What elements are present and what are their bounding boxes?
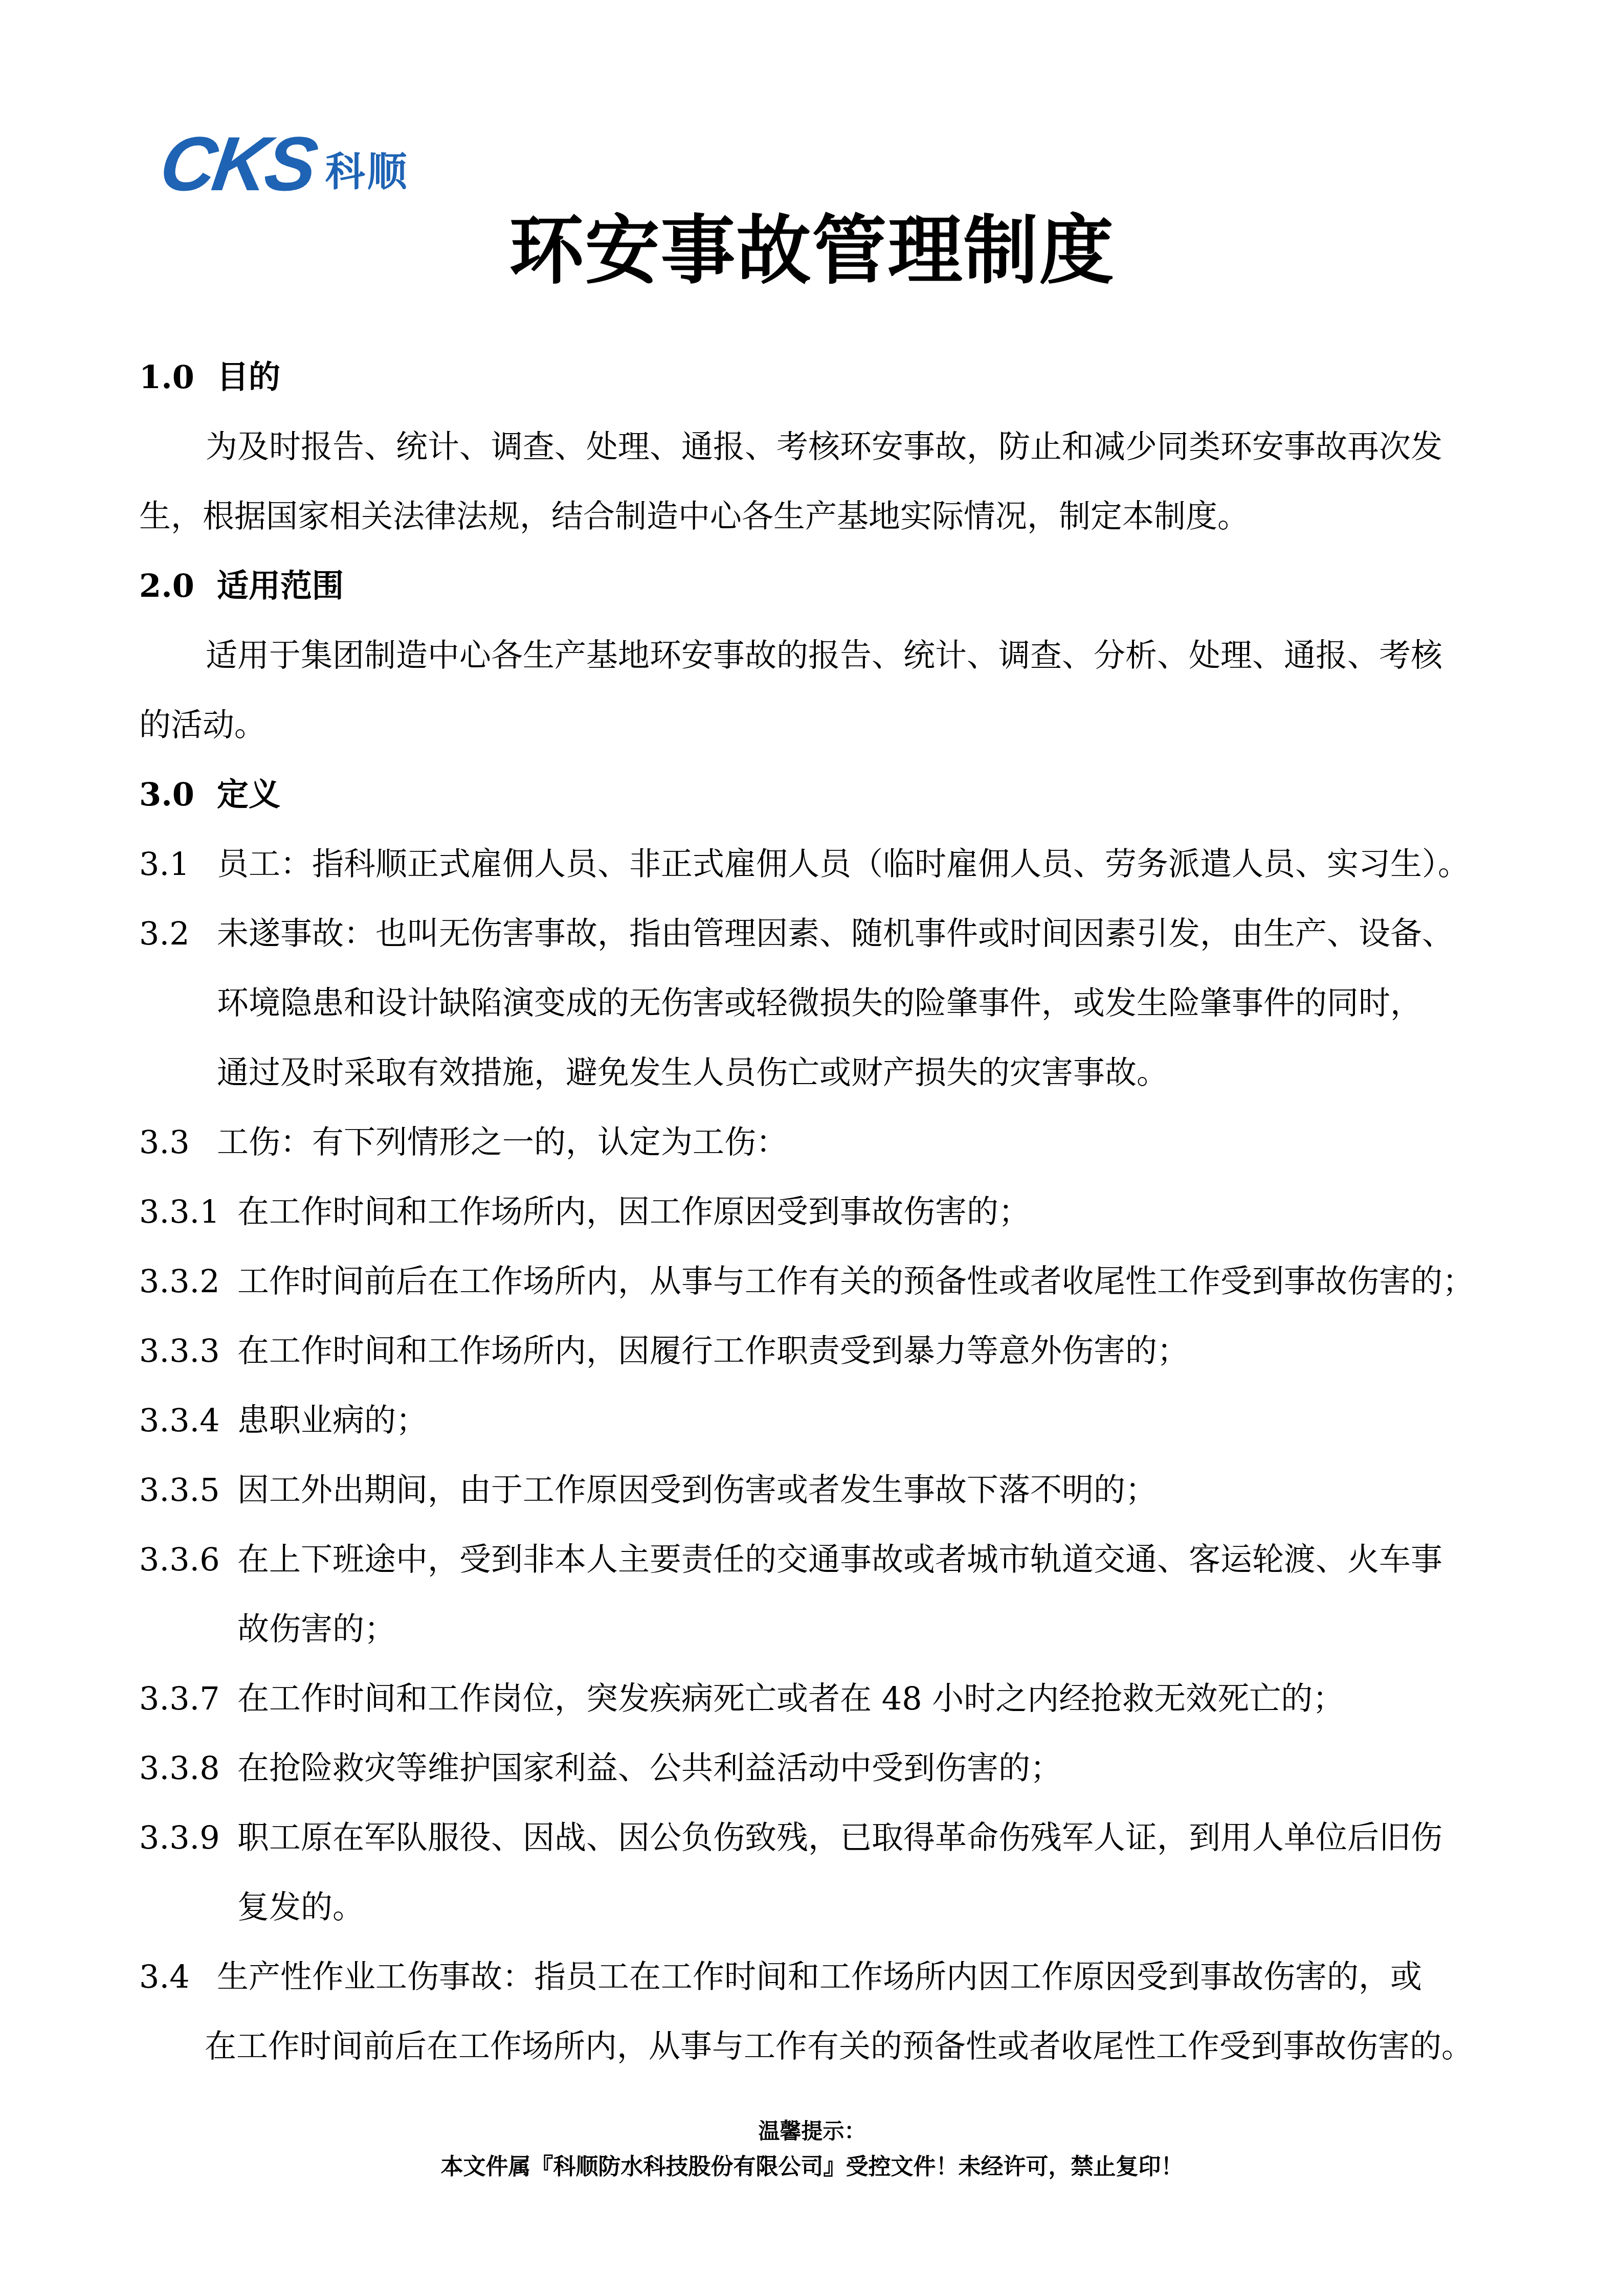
logo-chinese-name: 科顺 bbox=[325, 148, 409, 197]
work-injury-item: 3.3.4患职业病的； bbox=[139, 1386, 1500, 1455]
item-number: 3.3.6 bbox=[139, 1525, 237, 1594]
definition-item-work-injury: 3.3工伤：有下列情形之一的，认定为工伤： bbox=[139, 1108, 1500, 1177]
work-injury-item: 3.3.7在工作时间和工作岗位，突发疾病死亡或者在 48 小时之内经抢救无效死亡… bbox=[139, 1664, 1500, 1734]
item-number: 3.2 bbox=[139, 899, 217, 969]
document-title: 环安事故管理制度 bbox=[0, 205, 1624, 297]
item-number: 3.4 bbox=[139, 1942, 217, 2012]
section-number: 3.0 bbox=[139, 760, 217, 829]
work-injury-item: 3.3.3在工作时间和工作场所内，因履行工作职责受到暴力等意外伤害的； bbox=[139, 1316, 1500, 1386]
item-text: 在工作时间和工作场所内，因工作原因受到事故伤害的； bbox=[237, 1193, 1030, 1230]
section-number: 2.0 bbox=[139, 551, 217, 621]
item-text: 在上下班途中，受到非本人主要责任的交通事故或者城市轨道交通、客运轮渡、火车事 bbox=[237, 1541, 1442, 1578]
work-injury-item: 3.3.8在抢险救灾等维护国家利益、公共利益活动中受到伤害的； bbox=[139, 1734, 1500, 1803]
paragraph-line: 的活动。 bbox=[139, 690, 1500, 760]
company-logo: CKS 科顺 bbox=[161, 130, 409, 197]
item-text: 工作时间前后在工作场所内，从事与工作有关的预备性或者收尾性工作受到事故伤害的； bbox=[237, 1263, 1474, 1300]
item-text: 在工作时间和工作岗位，突发疾病死亡或者在 48 小时之内经抢救无效死亡的； bbox=[237, 1680, 1344, 1717]
section-title: 定义 bbox=[217, 776, 280, 813]
item-text: 员工：指科顺正式雇佣人员、非正式雇佣人员（临时雇佣人员、劳务派遣人员、实习生）。 bbox=[217, 845, 1470, 883]
item-text: 患职业病的； bbox=[237, 1402, 428, 1439]
section-heading-scope: 2.0适用范围 bbox=[139, 551, 1500, 621]
item-text: 生产性作业工伤事故：指员工在工作时间和工作场所内因工作原因受到事故伤害的，或 bbox=[217, 1958, 1422, 1995]
section-heading-purpose: 1.0目的 bbox=[139, 343, 1500, 412]
item-text: 工伤：有下列情形之一的，认定为工伤： bbox=[217, 1123, 788, 1161]
paragraph-line: 适用于集团制造中心各生产基地环安事故的报告、统计、调查、分析、处理、通报、考核 bbox=[139, 621, 1500, 690]
item-text: 在工作时间和工作场所内，因履行工作职责受到暴力等意外伤害的； bbox=[237, 1332, 1189, 1369]
item-text: 未遂事故：也叫无伤害事故，指由管理因素、随机事件或时间因素引发，由生产、设备、 bbox=[217, 915, 1454, 952]
item-continuation: 在工作时间前后在工作场所内，从事与工作有关的预备性或者收尾性工作受到事故伤害的。 bbox=[139, 2012, 1500, 2081]
footer-notice-text: 本文件属『科顺防水科技股份有限公司』受控文件！未经许可，禁止复印！ bbox=[0, 2151, 1624, 2184]
paragraph-line: 生，根据国家相关法律法规，结合制造中心各生产基地实际情况，制定本制度。 bbox=[139, 482, 1500, 551]
definition-item-production-injury: 3.4生产性作业工伤事故：指员工在工作时间和工作场所内因工作原因受到事故伤害的，… bbox=[139, 1942, 1500, 2012]
item-number: 3.1 bbox=[139, 829, 217, 899]
work-injury-item: 3.3.1在工作时间和工作场所内，因工作原因受到事故伤害的； bbox=[139, 1177, 1500, 1247]
logo-cks-mark: CKS bbox=[157, 130, 319, 197]
definition-item-near-miss: 3.2未遂事故：也叫无伤害事故，指由管理因素、随机事件或时间因素引发，由生产、设… bbox=[139, 899, 1500, 969]
item-continuation: 复发的。 bbox=[139, 1873, 1500, 1942]
item-continuation: 故伤害的； bbox=[139, 1594, 1500, 1664]
item-number: 3.3.5 bbox=[139, 1455, 237, 1525]
item-number: 3.3.8 bbox=[139, 1734, 237, 1803]
item-number: 3.3.1 bbox=[139, 1177, 237, 1247]
work-injury-item: 3.3.9职工原在军队服役、因战、因公负伤致残，已取得革命伤残军人证，到用人单位… bbox=[139, 1803, 1500, 1873]
item-continuation: 通过及时采取有效措施，避免发生人员伤亡或财产损失的灾害事故。 bbox=[139, 1038, 1500, 1108]
document-body: 1.0目的 为及时报告、统计、调查、处理、通报、考核环安事故，防止和减少同类环安… bbox=[139, 343, 1500, 2081]
section-number: 1.0 bbox=[139, 343, 217, 412]
item-number: 3.3 bbox=[139, 1108, 217, 1177]
section-title: 适用范围 bbox=[217, 567, 344, 604]
item-number: 3.3.4 bbox=[139, 1386, 237, 1455]
section-title: 目的 bbox=[217, 358, 280, 396]
item-number: 3.3.3 bbox=[139, 1316, 237, 1386]
item-number: 3.3.2 bbox=[139, 1247, 237, 1316]
work-injury-item: 3.3.6在上下班途中，受到非本人主要责任的交通事故或者城市轨道交通、客运轮渡、… bbox=[139, 1525, 1500, 1594]
item-number: 3.3.7 bbox=[139, 1664, 237, 1734]
item-text: 职工原在军队服役、因战、因公负伤致残，已取得革命伤残军人证，到用人单位后旧伤 bbox=[237, 1819, 1442, 1856]
item-continuation: 环境隐患和设计缺陷演变成的无伤害或轻微损失的险肇事件，或发生险肇事件的同时， bbox=[139, 969, 1500, 1038]
section-heading-definitions: 3.0定义 bbox=[139, 760, 1500, 829]
definition-item-employee: 3.1员工：指科顺正式雇佣人员、非正式雇佣人员（临时雇佣人员、劳务派遣人员、实习… bbox=[139, 829, 1500, 899]
paragraph-line: 为及时报告、统计、调查、处理、通报、考核环安事故，防止和减少同类环安事故再次发 bbox=[139, 412, 1500, 482]
item-number: 3.3.9 bbox=[139, 1803, 237, 1873]
item-text: 因工外出期间，由于工作原因受到伤害或者发生事故下落不明的； bbox=[237, 1471, 1157, 1509]
footer-notice-title: 温馨提示： bbox=[0, 2116, 1624, 2147]
item-text: 在抢险救灾等维护国家利益、公共利益活动中受到伤害的； bbox=[237, 1749, 1062, 1787]
work-injury-item: 3.3.2工作时间前后在工作场所内，从事与工作有关的预备性或者收尾性工作受到事故… bbox=[139, 1247, 1500, 1316]
work-injury-item: 3.3.5因工外出期间，由于工作原因受到伤害或者发生事故下落不明的； bbox=[139, 1455, 1500, 1525]
